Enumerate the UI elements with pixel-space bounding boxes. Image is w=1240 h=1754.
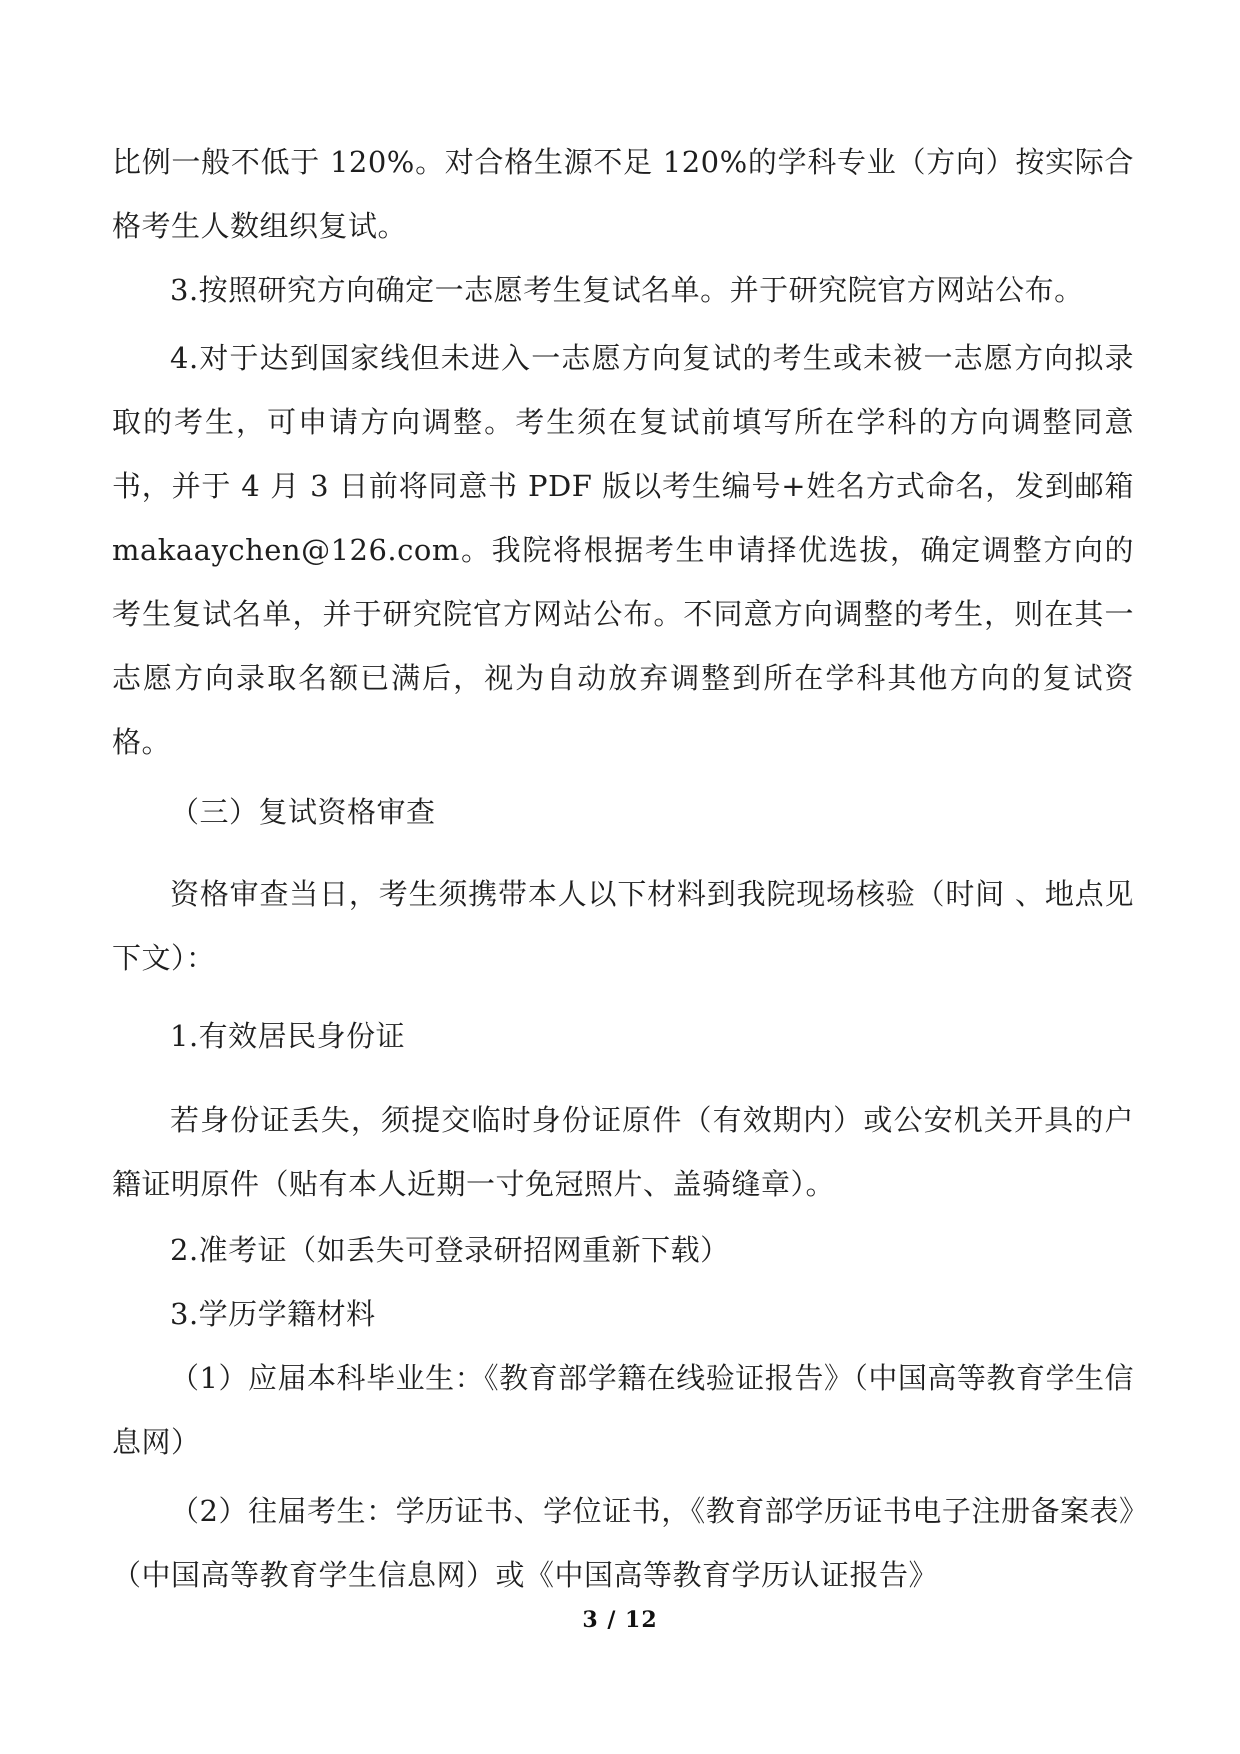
paragraph: 4.对于达到国家线但未进入一志愿方向复试的考生或未被一志愿方向拟录取的考生，可申… xyxy=(112,326,1134,774)
paragraph: 比例一般不低于 120%。对合格生源不足 120%的学科专业（方向）按实际合格考… xyxy=(112,130,1134,258)
paragraph: （三）复试资格审查 xyxy=(112,780,1134,844)
page-footer: 3 / 12 xyxy=(0,1600,1240,1640)
document-page: 比例一般不低于 120%。对合格生源不足 120%的学科专业（方向）按实际合格考… xyxy=(0,0,1240,1754)
paragraph: 3.学历学籍材料 xyxy=(112,1282,1134,1346)
document-body: 比例一般不低于 120%。对合格生源不足 120%的学科专业（方向）按实际合格考… xyxy=(112,130,1134,1607)
paragraph: 3.按照研究方向确定一志愿考生复试名单。并于研究院官方网站公布。 xyxy=(112,258,1134,322)
paragraph: 1.有效居民身份证 xyxy=(112,1004,1134,1068)
paragraph: （2）往届考生：学历证书、学位证书，《教育部学历证书电子注册备案表》（中国高等教… xyxy=(112,1479,1134,1607)
paragraph: （1）应届本科毕业生：《教育部学籍在线验证报告》（中国高等教育学生信息网） xyxy=(112,1346,1134,1474)
paragraph: 若身份证丢失，须提交临时身份证原件（有效期内）或公安机关开具的户籍证明原件（贴有… xyxy=(112,1088,1134,1216)
paragraph: 2.准考证（如丢失可登录研招网重新下载） xyxy=(112,1218,1134,1282)
paragraph: 资格审查当日，考生须携带本人以下材料到我院现场核验（时间 、地点见下文）： xyxy=(112,862,1134,990)
page-number: 3 / 12 xyxy=(582,1607,657,1633)
